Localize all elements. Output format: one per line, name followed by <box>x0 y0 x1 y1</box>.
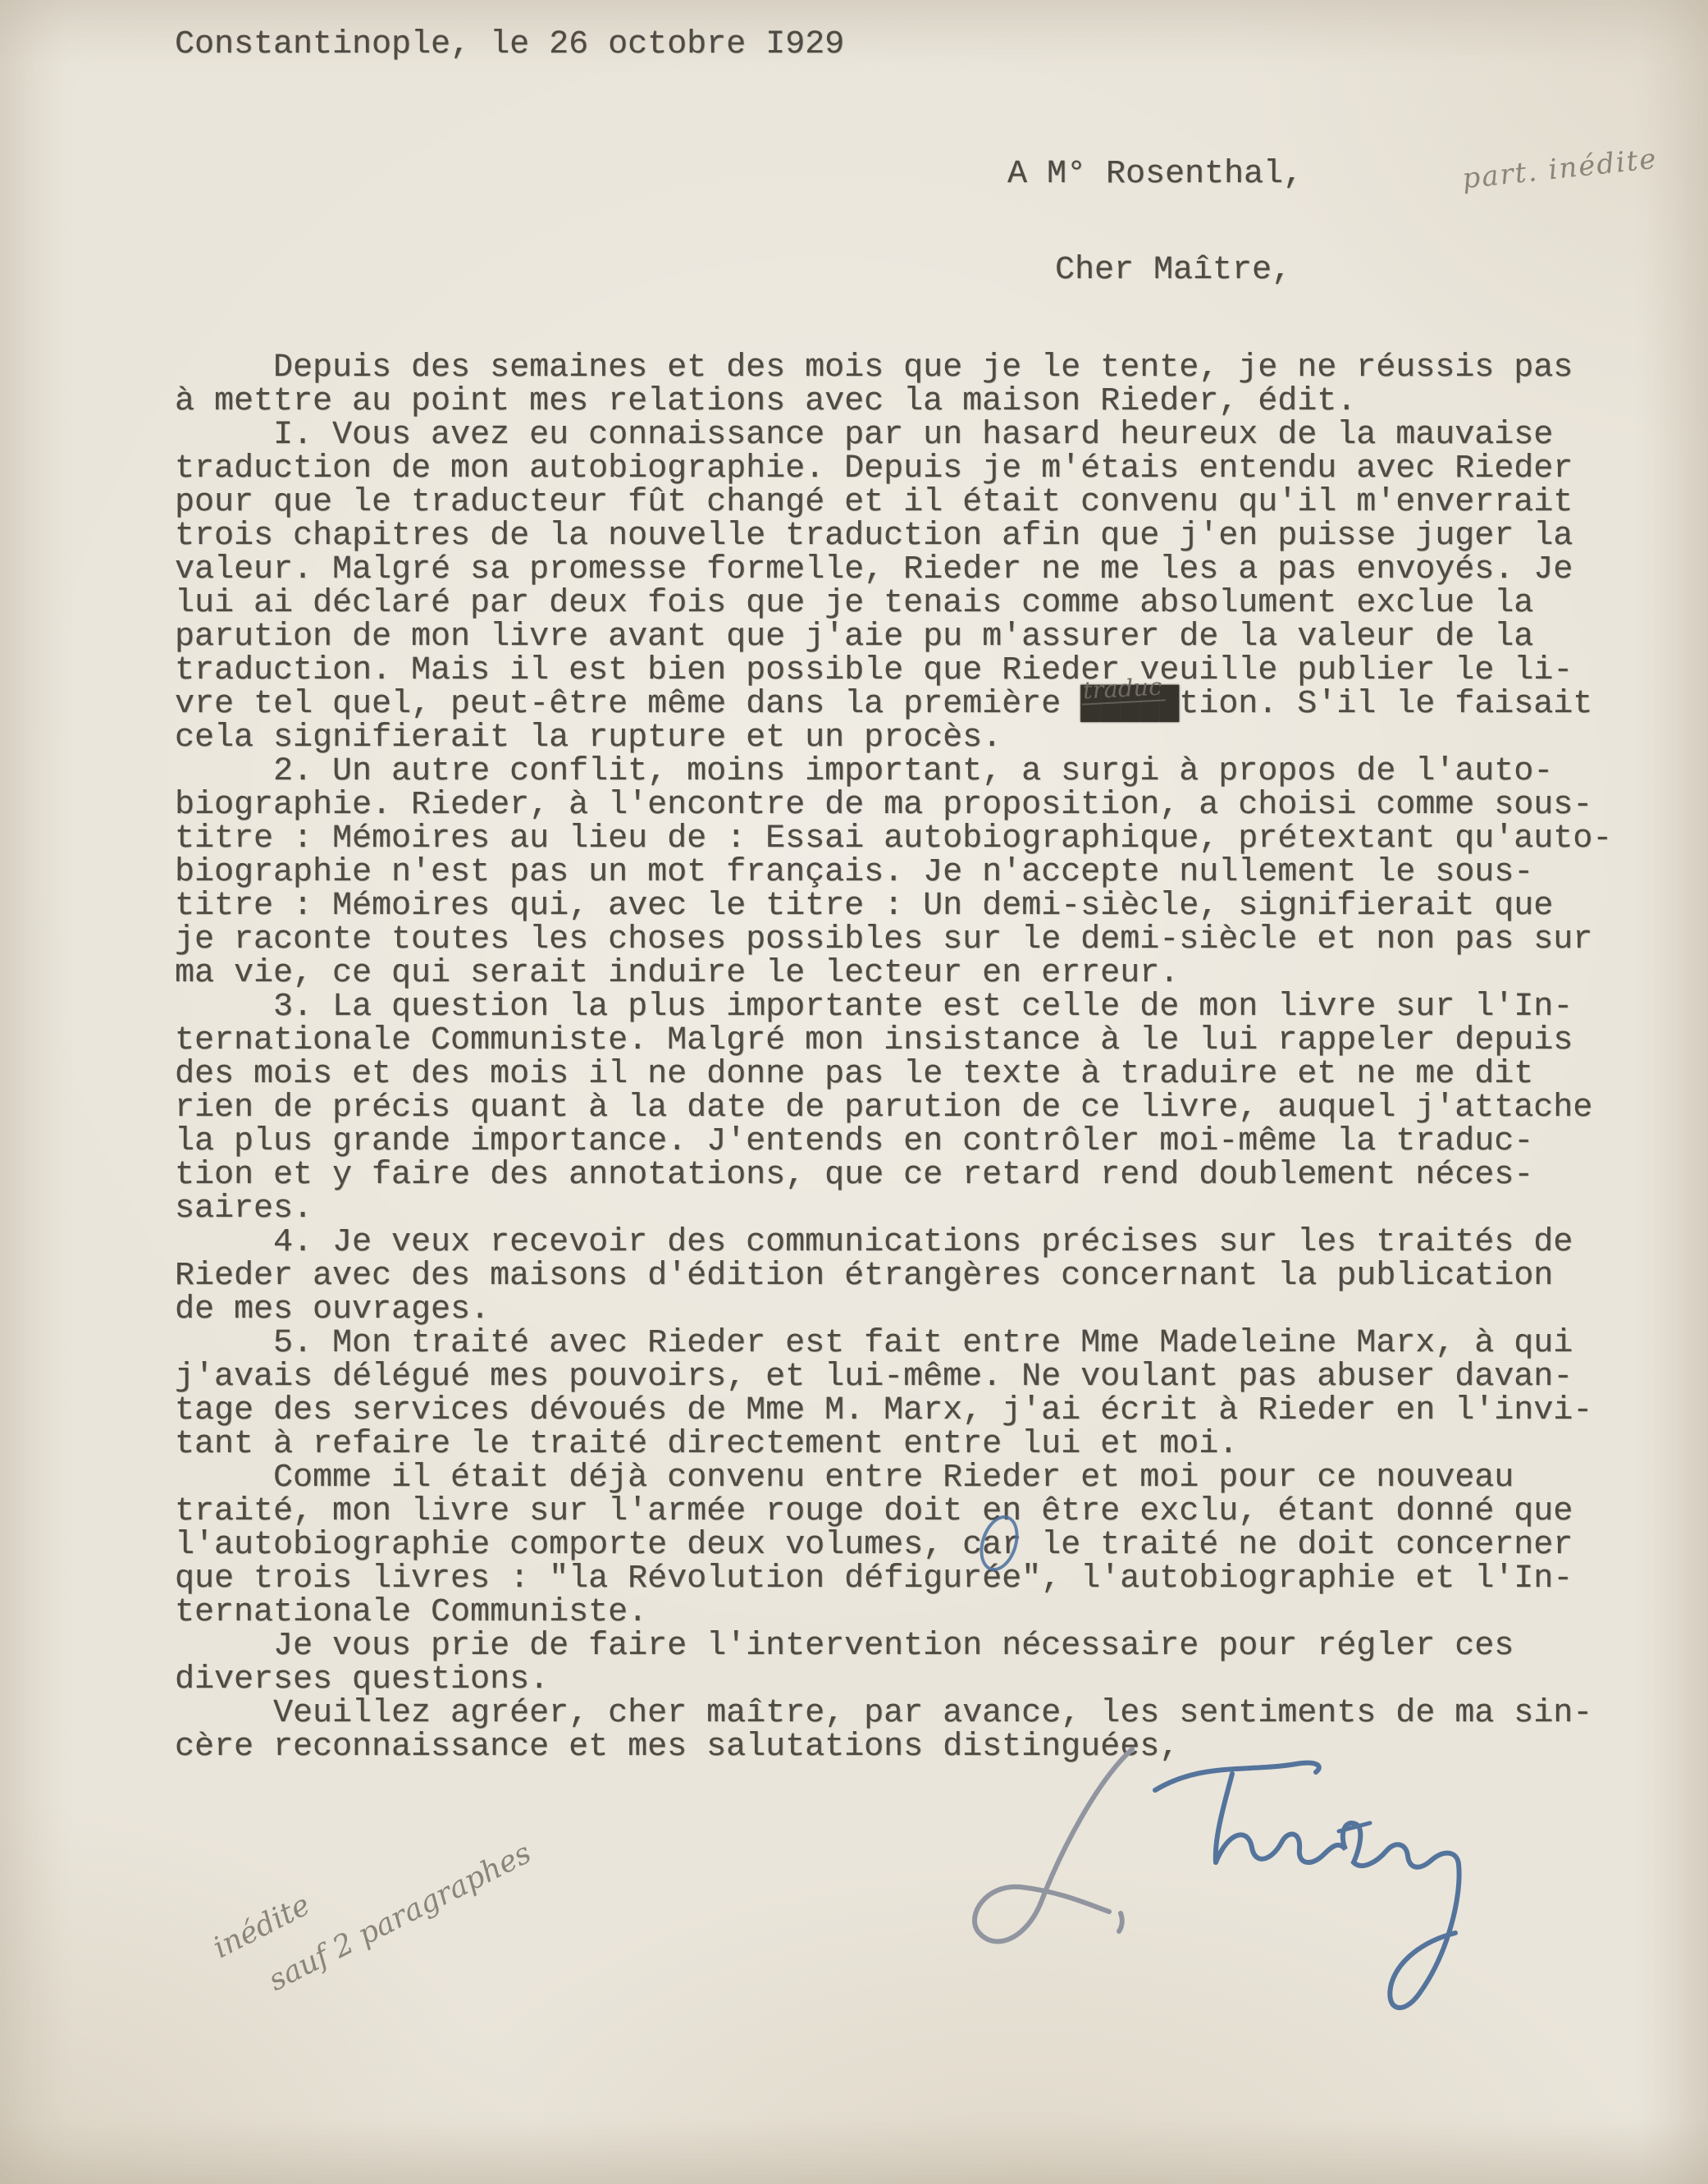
typed-line: Depuis des semaines et des mois que je l… <box>175 351 1612 385</box>
typed-line: trois chapitres de la nouvelle traductio… <box>175 519 1612 553</box>
pencil-annotation-bottom-left: inédite sauf 2 paragraphes <box>203 1780 541 2023</box>
typed-line: pour que le traducteur fût changé et il … <box>175 486 1612 519</box>
typed-line: 5. Mon traité avec Rieder est fait entre… <box>175 1327 1612 1360</box>
typed-line: traduction de mon autobiographie. Depuis… <box>175 452 1612 486</box>
typed-line: la plus grande importance. J'entends en … <box>175 1125 1612 1158</box>
typed-line: que trois livres : "la Révolution défigu… <box>175 1562 1612 1596</box>
typed-line: traduction. Mais il est bien possible qu… <box>175 654 1612 688</box>
typed-line: je raconte toutes les choses possibles s… <box>175 923 1612 957</box>
typed-line: Comme il était déjà convenu entre Rieder… <box>175 1461 1612 1495</box>
typed-line: ma vie, ce qui serait induire le lecteur… <box>175 957 1612 990</box>
typed-line: parution de mon livre avant que j'aie pu… <box>175 620 1612 654</box>
salutation: Cher Maître, <box>1055 254 1291 287</box>
letter-body: Depuis des semaines et des mois que je l… <box>175 351 1612 1764</box>
typed-line: lui ai déclaré par deux fois que je tena… <box>175 587 1612 620</box>
pencil-correction-traduc: traduc <box>1080 674 1166 705</box>
typed-line: 3. La question la plus importante est ce… <box>175 990 1612 1024</box>
typed-line: j'avais délégué mes pouvoirs, et lui-mêm… <box>175 1360 1612 1394</box>
typed-line: cela signifierait la rupture et un procè… <box>175 721 1612 755</box>
typed-line: I. Vous avez eu connaissance par un hasa… <box>175 418 1612 452</box>
signature-ink-strokes <box>958 1738 1500 2033</box>
typed-line: valeur. Malgré sa promesse formelle, Rie… <box>175 553 1612 587</box>
typed-line: tage des services dévoués de Mme M. Marx… <box>175 1394 1612 1428</box>
typed-line: ternationale Communiste. <box>175 1596 1612 1629</box>
typed-line: de mes ouvrages. <box>175 1293 1612 1327</box>
typed-line: l'autobiographie comporte deux volumes, … <box>175 1528 1612 1562</box>
typed-line: 4. Je veux recevoir des communications p… <box>175 1226 1612 1259</box>
typed-line: saires. <box>175 1192 1612 1226</box>
typed-line: Rieder avec des maisons d'édition étrang… <box>175 1259 1612 1293</box>
recipient-line: A M° Rosenthal, <box>1007 158 1303 191</box>
typed-line: tant à refaire le traité directement ent… <box>175 1428 1612 1461</box>
typed-line: tion et y faire des annotations, que ce … <box>175 1158 1612 1192</box>
typed-line: Je vous prie de faire l'intervention néc… <box>175 1629 1612 1663</box>
signature-l-trotsky <box>958 1738 1500 2033</box>
typed-line: vre tel quel, peut-être même dans la pre… <box>175 688 1612 721</box>
typed-line: des mois et des mois il ne donne pas le … <box>175 1058 1612 1091</box>
typed-line: 2. Un autre conflit, moins important, a … <box>175 755 1612 788</box>
typed-line: à mettre au point mes relations avec la … <box>175 385 1612 418</box>
typed-line: Veuillez agréer, cher maître, par avance… <box>175 1697 1612 1730</box>
typed-line: rien de précis quant à la date de paruti… <box>175 1091 1612 1125</box>
typed-line: biographie n'est pas un mot français. Je… <box>175 856 1612 889</box>
pencil-annotation-top-right: part. inédite <box>1461 143 1660 196</box>
dateline: Constantinople, le 26 octobre I929 <box>175 28 844 62</box>
typed-line: biographie. Rieder, à l'encontre de ma p… <box>175 788 1612 822</box>
typed-line: titre : Mémoires qui, avec le titre : Un… <box>175 889 1612 923</box>
typed-line: diverses questions. <box>175 1663 1612 1697</box>
typed-line: titre : Mémoires au lieu de : Essai auto… <box>175 822 1612 856</box>
typed-line: traité, mon livre sur l'armée rouge doit… <box>175 1495 1612 1528</box>
letter-page: Constantinople, le 26 octobre I929 A M° … <box>0 0 1708 2184</box>
typed-line: ternationale Communiste. Malgré mon insi… <box>175 1024 1612 1058</box>
